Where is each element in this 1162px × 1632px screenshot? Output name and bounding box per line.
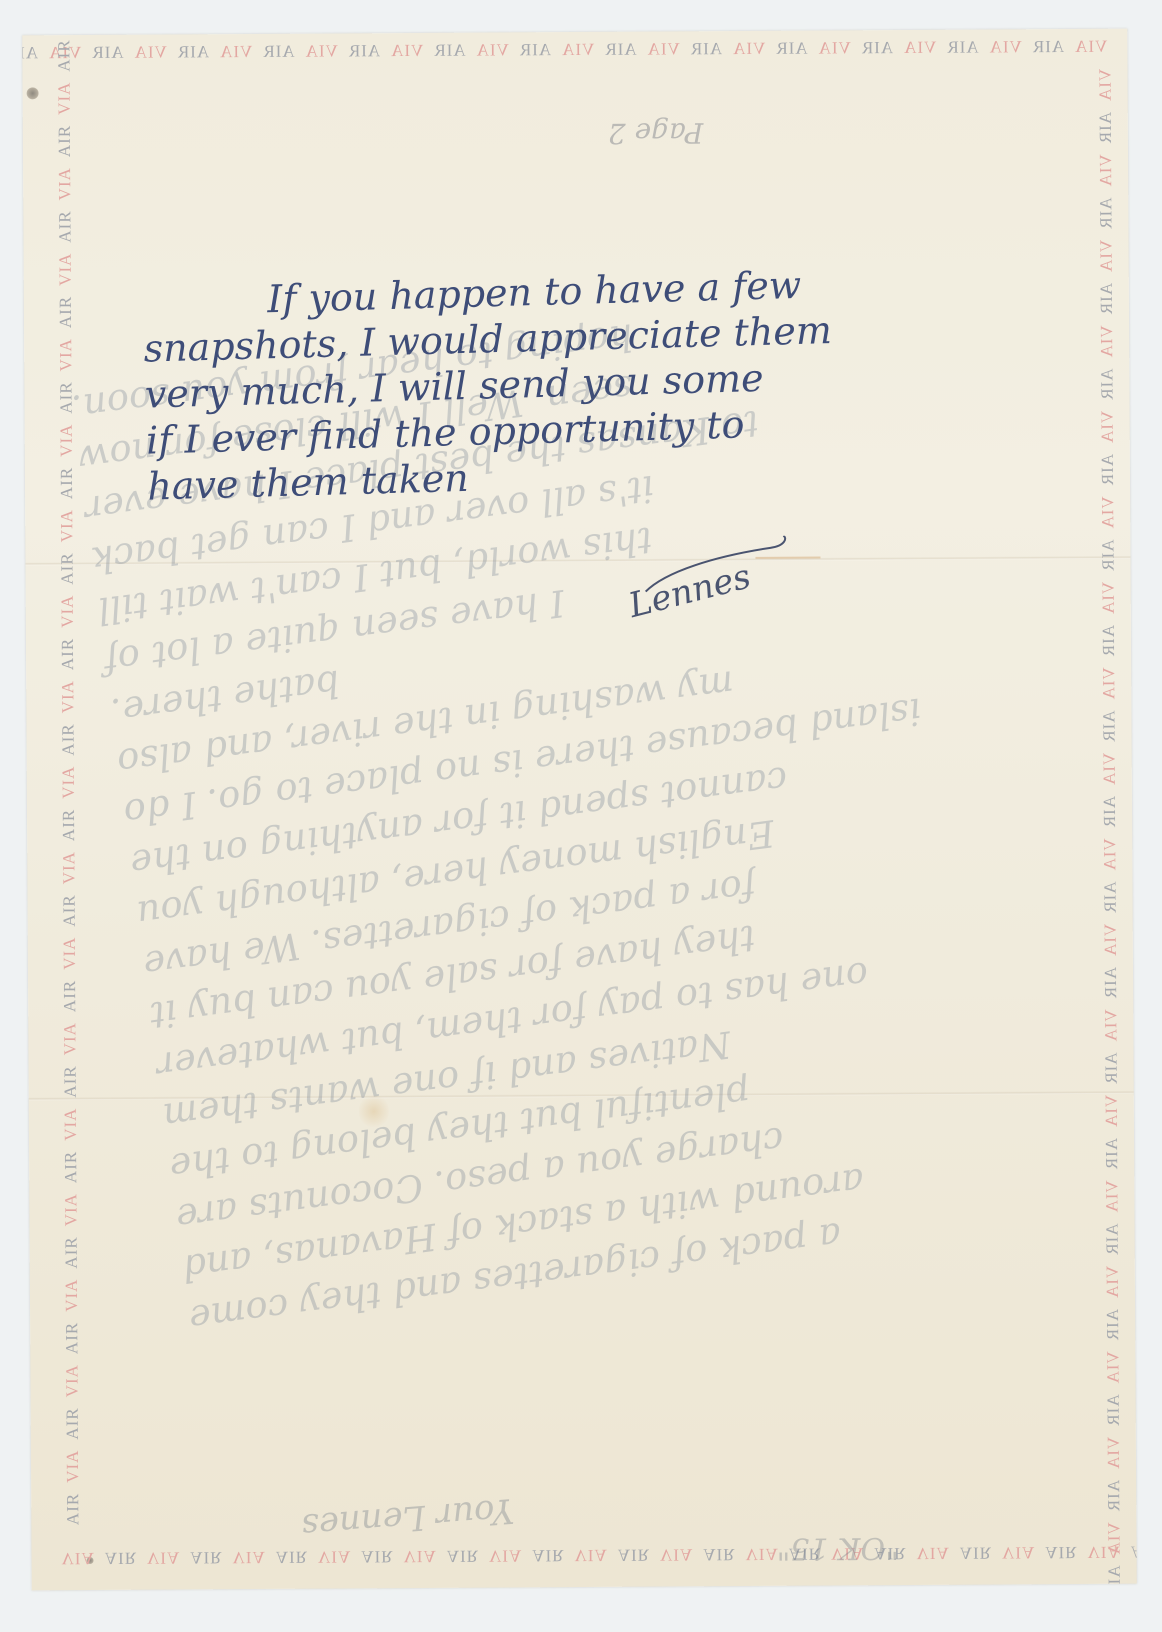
bleed-line: charge you a peso. Coconuts are — [173, 1078, 1072, 1244]
letter-body: If you happen to have a few snapshots, I… — [142, 255, 1048, 509]
bleed-through-closing: Your Lennes — [300, 1490, 515, 1546]
airmail-border-left: AIRVIA AIRVIA AIRVIA AIRVIA AIRVIA AIRVI… — [55, 75, 84, 1525]
bleed-through-mark: "OK 15" — [776, 1530, 899, 1566]
bleed-line: one has to pay for them, but whatever — [154, 926, 1053, 1092]
page-marker: Page 2 — [608, 116, 704, 150]
bleed-line: they have for sale you can buy it — [147, 875, 1046, 1041]
airmail-border-right: VIAAIR VIAAIR VIAAIR VIAAIR VIAAIR VIAAI… — [1095, 69, 1124, 1519]
bleed-line: my washing in the river, and also — [114, 622, 1013, 788]
bleed-line: bathe there. — [108, 572, 1007, 738]
bleed-line: English money here, although you — [134, 774, 1033, 940]
paper-stain — [359, 1093, 389, 1129]
airmail-border-top: VIAAIR VIAAIR VIAAIR VIAAIR VIAAIR VIAAI… — [52, 37, 1107, 63]
fold-line — [29, 1091, 1134, 1101]
bleed-line: I have seen quite a lot of — [101, 521, 1000, 687]
airmail-border-bottom: VIAAIR VIAAIR VIAAIR VIAAIR VIAAIR VIAAI… — [62, 1542, 1117, 1568]
airmail-letter-page: VIAAIR VIAAIR VIAAIR VIAAIR VIAAIR VIAAI… — [22, 29, 1136, 1591]
punch-mark — [27, 87, 39, 99]
bleed-line: Natives and if one wants them — [160, 977, 1059, 1143]
bleed-line: for a pack of cigarettes. We have — [140, 825, 1039, 991]
bleed-line: island because there is no place to go. … — [121, 673, 1020, 839]
bleed-line: a pack of cigarettes and they come — [186, 1179, 1085, 1345]
bleed-line: plentiful but they belong to the — [167, 1027, 1066, 1193]
fold-line — [25, 556, 1130, 566]
bleed-line: around with a stack of Havanas, and — [180, 1128, 1079, 1294]
bleed-line: cannot spend it for anything on the — [127, 724, 1026, 890]
